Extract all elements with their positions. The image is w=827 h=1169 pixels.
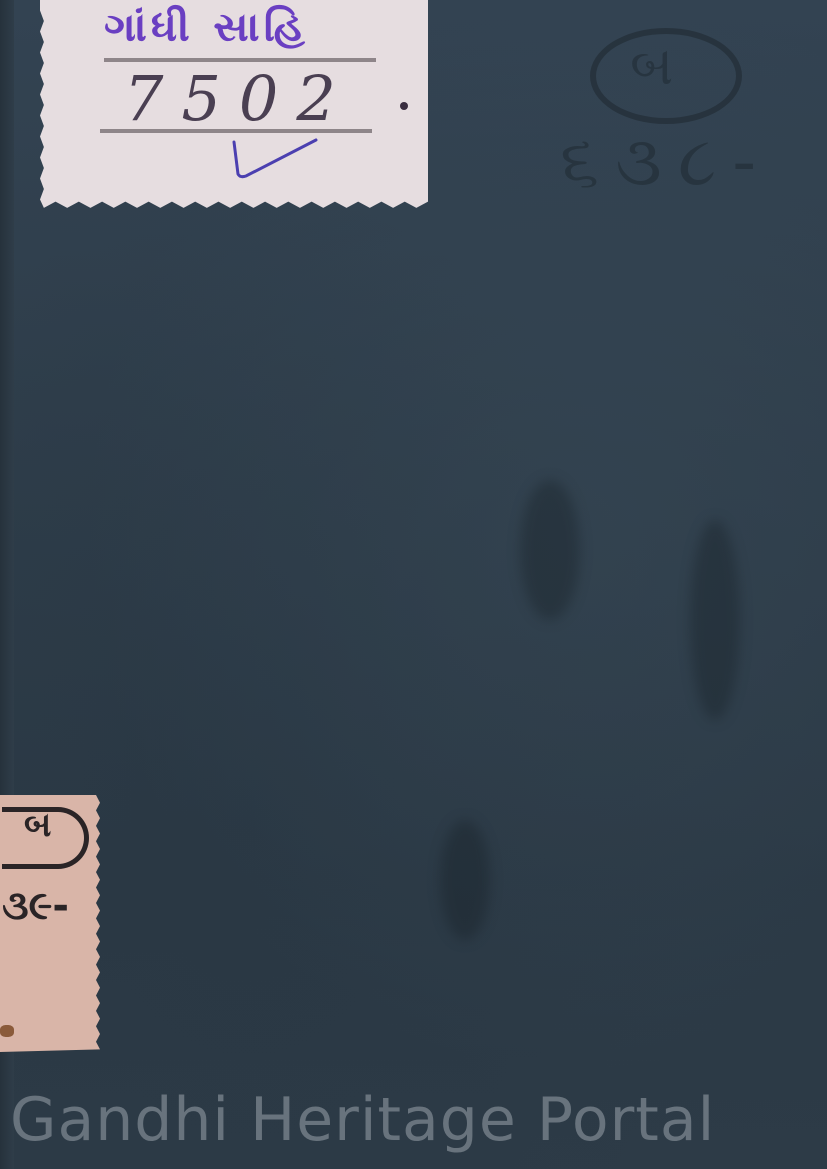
label-rule: [100, 129, 372, 133]
cloth-smudge: [690, 520, 740, 720]
handwritten-number: ૬૩૮-: [560, 120, 772, 203]
handwritten-number: ૩૯-: [2, 883, 69, 929]
stain: [0, 1025, 14, 1037]
accession-number: 7502: [124, 62, 354, 135]
handwritten-letter: બ: [24, 805, 51, 845]
library-stamp-text: ગાંધી સાહિ: [104, 5, 309, 51]
ink-dot: [400, 102, 408, 110]
handwritten-letter: બ: [630, 34, 673, 98]
library-label-top: ગાંધી સાહિ 7502: [40, 0, 428, 210]
cloth-smudge: [440, 820, 490, 940]
cloth-smudge: [520, 480, 580, 620]
check-mark-icon: [230, 136, 320, 180]
watermark: Gandhi Heritage Portal: [10, 1085, 715, 1155]
library-label-bottom: બ ૩૯-: [0, 795, 100, 1052]
